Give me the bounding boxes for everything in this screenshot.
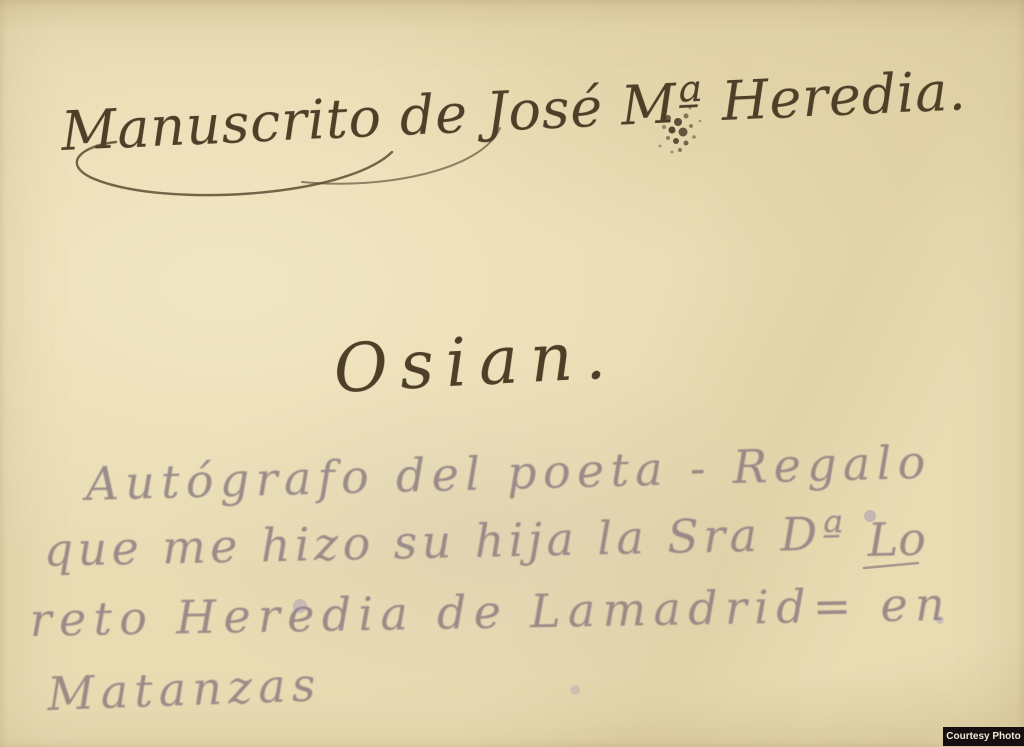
title-line-text: Manuscrito de José Mª Heredia. <box>59 59 967 163</box>
note-line-4: Matanzas <box>45 658 316 721</box>
manuscript-photo: Manuscrito de José Mª Heredia. Osian. Au… <box>0 0 1024 747</box>
note-line-1: Autógrafo del poeta - Regalo <box>81 435 926 511</box>
note-line-3: reto Heredia de Lamadrid= en <box>29 577 945 647</box>
poem-title-text: Osian. <box>332 317 608 408</box>
note-line-2: que me hizo su hija la Sra Dª <box>43 506 844 577</box>
photo-credit-label: Courtesy Photo <box>946 731 1020 742</box>
handwriting-layer: Manuscrito de José Mª Heredia. Osian. Au… <box>0 0 1024 747</box>
note-line-2-underlined-word: Lo <box>866 512 926 567</box>
photo-credit-badge: Courtesy Photo <box>943 727 1024 746</box>
